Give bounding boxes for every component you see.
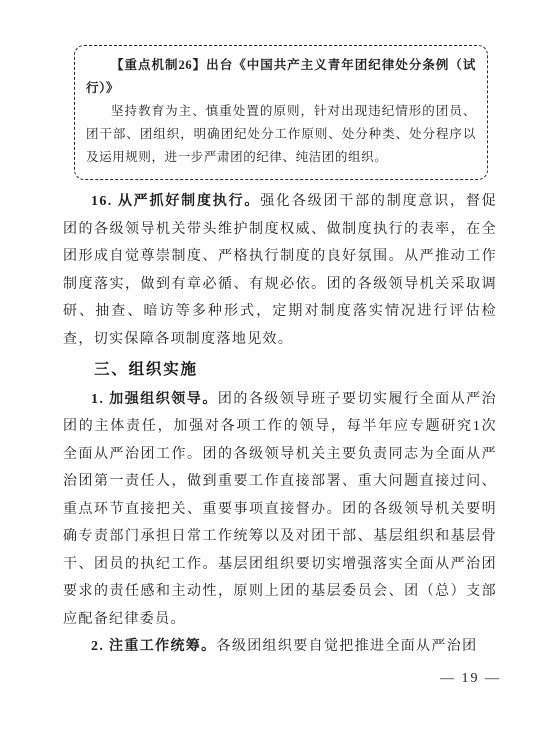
- paragraph-2-lead: 2. 注重工作统筹。: [91, 639, 217, 654]
- paragraph-16-lead: 16. 从严抓好制度执行。: [91, 194, 260, 209]
- document-body: 16. 从严抓好制度执行。强化各级团干部的制度意识，督促团的各级领导机关带头维护…: [63, 188, 497, 661]
- page-number: — 19 —: [440, 671, 501, 687]
- paragraph-2: 2. 注重工作统筹。各级团组织要自觉把推进全面从严治团: [63, 633, 497, 661]
- section-heading-organization-implementation: 三、组织实施: [63, 356, 497, 384]
- key-mechanism-box: 【重点机制26】出台《中国共产主义青年团纪律处分条例（试行）》 坚持教育为主、慎…: [74, 45, 488, 180]
- key-mechanism-body: 坚持教育为主、慎重处置的原则，针对出现违纪情形的团员、团干部、团组织，明确团纪处…: [86, 100, 476, 169]
- paragraph-2-text: 各级团组织要自觉把推进全面从严治团: [217, 639, 478, 654]
- paragraph-16: 16. 从严抓好制度执行。强化各级团干部的制度意识，督促团的各级领导机关带头维护…: [63, 188, 497, 353]
- key-mechanism-title: 【重点机制26】出台《中国共产主义青年团纪律处分条例（试行）》: [86, 54, 476, 100]
- paragraph-1-lead: 1. 加强组织领导。: [91, 392, 218, 407]
- paragraph-1: 1. 加强组织领导。团的各级领导班子要切实履行全面从严治团的主体责任，加强对各项…: [63, 386, 497, 634]
- paragraph-1-text: 团的各级领导班子要切实履行全面从严治团的主体责任，加强对各项工作的领导，每半年应…: [63, 392, 497, 627]
- document-page: 【重点机制26】出台《中国共产主义青年团纪律处分条例（试行）》 坚持教育为主、慎…: [0, 0, 558, 755]
- paragraph-16-text: 强化各级团干部的制度意识，督促团的各级领导机关带头维护制度权威、做制度执行的表率…: [63, 194, 497, 347]
